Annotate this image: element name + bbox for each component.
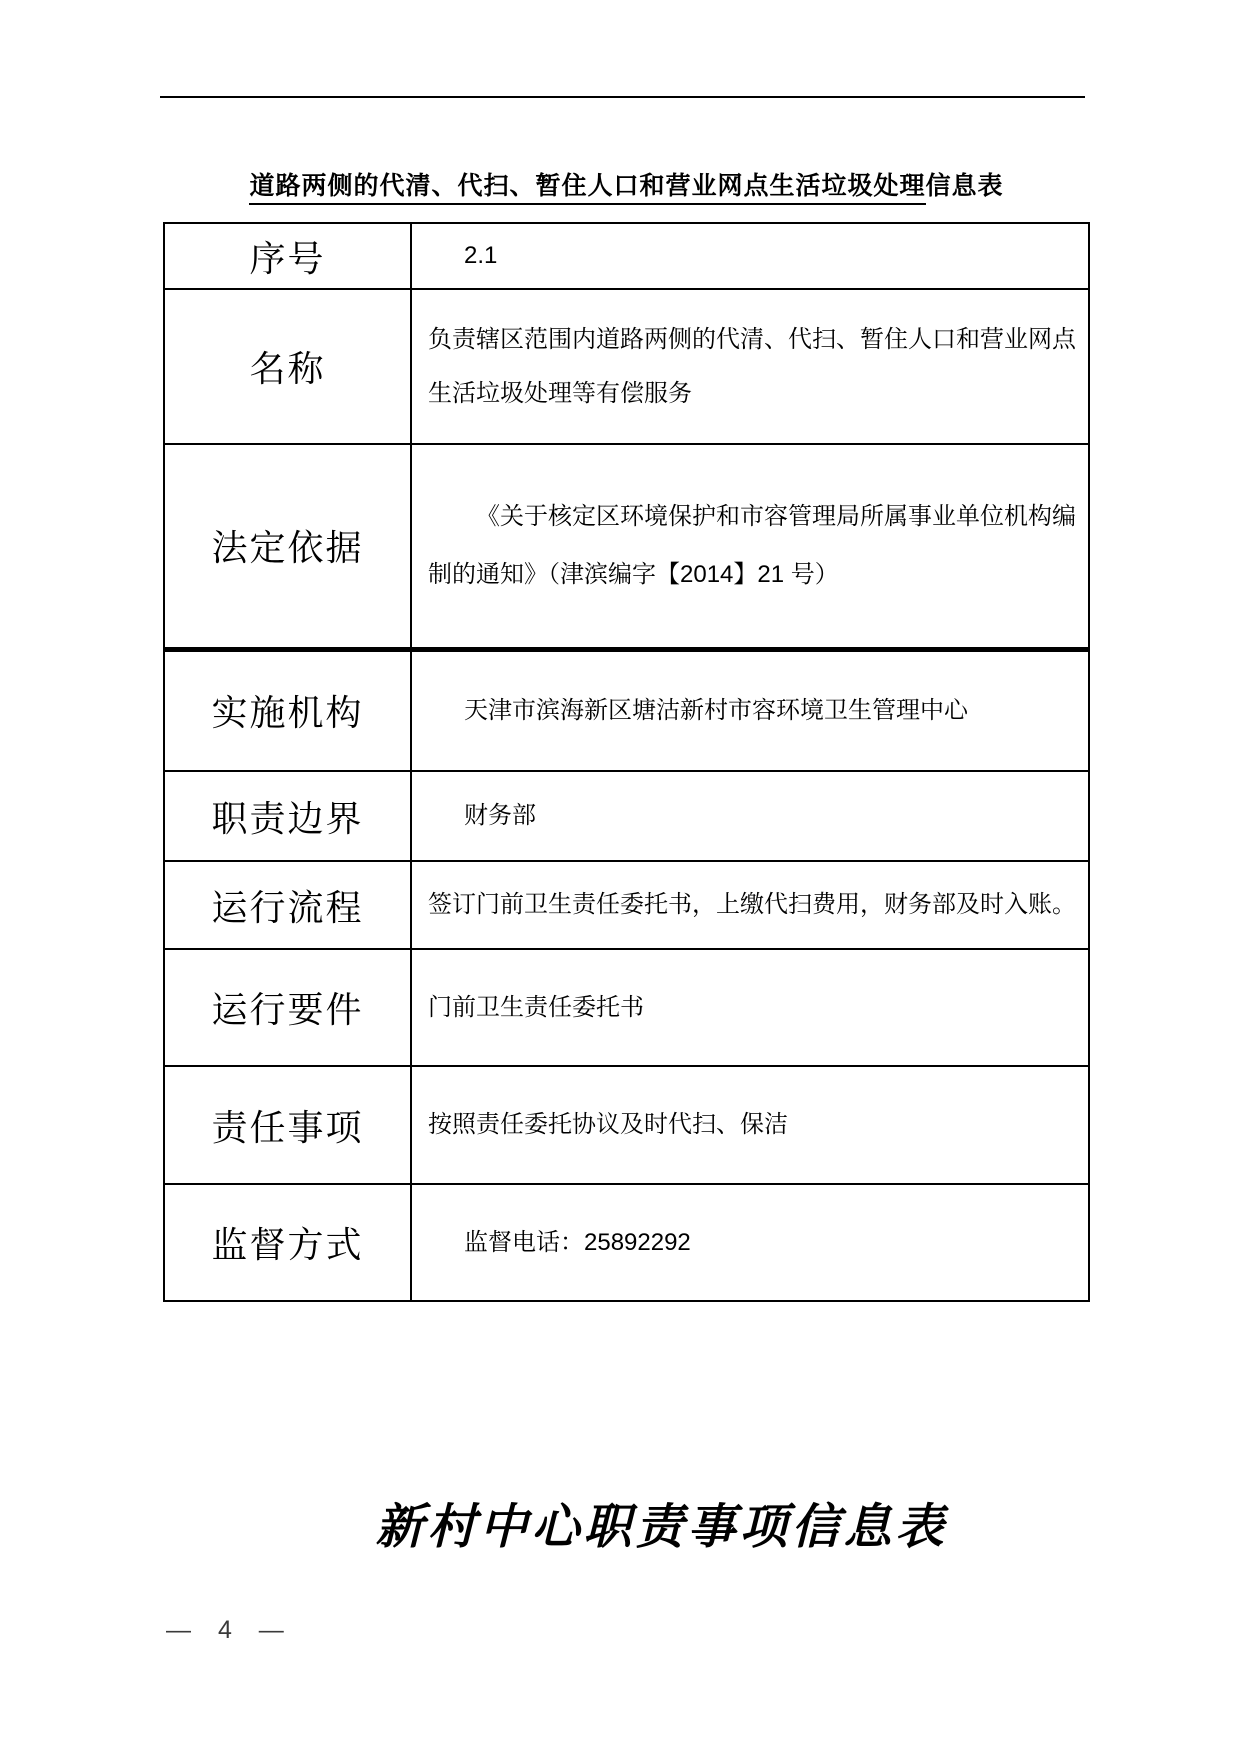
- row-value: 天津市滨海新区塘沽新村市容环境卫生管理中心: [411, 649, 1089, 771]
- row-value: 2.1: [411, 223, 1089, 289]
- document-title-tail: 信息表: [926, 172, 1004, 200]
- row-label: 职责边界: [164, 771, 411, 861]
- row-label: 监督方式: [164, 1184, 411, 1301]
- row-label: 责任事项: [164, 1066, 411, 1184]
- row-value: 《关于核定区环境保护和市容管理局所属事业单位机构编制的通知》（津滨编字【2014…: [411, 444, 1089, 649]
- table-row-zhizebianjie: 职责边界 财务部: [164, 771, 1089, 861]
- table-row-fadingyiju: 法定依据 《关于核定区环境保护和市容管理局所属事业单位机构编制的通知》（津滨编字…: [164, 444, 1089, 649]
- row-value: 负责辖区范围内道路两侧的代清、代扫、暂住人口和营业网点生活垃圾处理等有偿服务: [411, 289, 1089, 444]
- row-label: 实施机构: [164, 649, 411, 771]
- document-title-underlined-part: 道路两侧的代清、代扫、暂住人口和营业网点生活垃圾处理: [249, 172, 925, 205]
- page-number: — 4 —: [166, 1616, 294, 1645]
- row-label: 运行要件: [164, 949, 411, 1066]
- table-row-xuhao: 序号 2.1: [164, 223, 1089, 289]
- info-table: 序号 2.1 名称 负责辖区范围内道路两侧的代清、代扫、暂住人口和营业网点生活垃…: [163, 222, 1090, 1302]
- row-value: 按照责任委托协议及时代扫、保洁: [411, 1066, 1089, 1184]
- row-label: 名称: [164, 289, 411, 444]
- table-row-zerenshixiang: 责任事项 按照责任委托协议及时代扫、保洁: [164, 1066, 1089, 1184]
- table-row-yunxingliucheng: 运行流程 签订门前卫生责任委托书，上缴代扫费用，财务部及时入账。: [164, 861, 1089, 949]
- row-value: 监督电话：25892292: [411, 1184, 1089, 1301]
- table-row-mingcheng: 名称 负责辖区范围内道路两侧的代清、代扫、暂住人口和营业网点生活垃圾处理等有偿服…: [164, 289, 1089, 444]
- row-label: 运行流程: [164, 861, 411, 949]
- row-label: 法定依据: [164, 444, 411, 649]
- table-row-jiandufangshi: 监督方式 监督电话：25892292: [164, 1184, 1089, 1301]
- document-title: 道路两侧的代清、代扫、暂住人口和营业网点生活垃圾处理信息表: [163, 166, 1090, 202]
- row-value: 财务部: [411, 771, 1089, 861]
- table-row-yunxingyaojian: 运行要件 门前卫生责任委托书: [164, 949, 1089, 1066]
- document-page: 道路两侧的代清、代扫、暂住人口和营业网点生活垃圾处理信息表 序号 2.1 名称 …: [0, 0, 1241, 1755]
- row-label: 序号: [164, 223, 411, 289]
- header-divider-rule: [160, 96, 1085, 98]
- row-value: 签订门前卫生责任委托书，上缴代扫费用，财务部及时入账。: [411, 861, 1089, 949]
- next-section-heading: 新村中心职责事项信息表: [163, 1488, 1090, 1557]
- row-value: 门前卫生责任委托书: [411, 949, 1089, 1066]
- table-row-shishijigou: 实施机构 天津市滨海新区塘沽新村市容环境卫生管理中心: [164, 649, 1089, 771]
